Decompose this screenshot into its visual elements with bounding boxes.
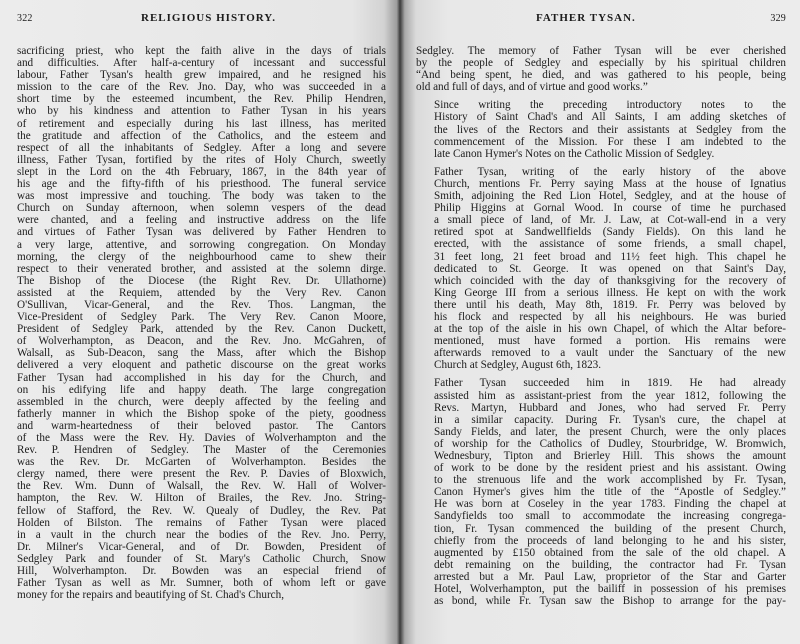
- left-page-header: 322 RELIGIOUS HISTORY.: [17, 12, 386, 32]
- text-line: and difficulties. After half-a-century o…: [17, 57, 386, 69]
- text-line: of Wolverhampton, as Deacon, and the Rev…: [17, 335, 386, 347]
- right-page: FATHER TYSAN. 329 Sedgley. The memory of…: [400, 0, 800, 644]
- text-line: mission to the care of the Rev. Jno. Day…: [17, 81, 386, 93]
- text-line: was most impressive and touching. The bo…: [17, 190, 386, 202]
- text-line: of worship for the Catholics of Dudley, …: [416, 438, 786, 450]
- text-line: a very large, attentive, and sorrowing c…: [17, 239, 386, 251]
- text-line: slept in the Lord on the 4th February, 1…: [17, 166, 386, 178]
- text-line: clergy named, there were present the Rev…: [17, 468, 386, 480]
- text-line: “And being spent, he died, and was gathe…: [416, 69, 786, 81]
- text-line: Hotel, Wolverhampton, put the bailiff in…: [416, 583, 786, 595]
- text-line: respect to their venerated brother, and …: [17, 263, 386, 275]
- text-line: assisted him as assistant-priest from th…: [416, 390, 786, 402]
- text-line: short time by the esteemed incumbent, th…: [17, 93, 386, 105]
- text-line: O'Sullivan, Vicar-General, and the Rev. …: [17, 299, 386, 311]
- text-line: delivered a very eloquent and pathetic d…: [17, 359, 386, 371]
- text-line: respect of all the inhabitants of Sedgle…: [17, 142, 386, 154]
- text-line: Rev. P. Hendren of Sedgley. The Master o…: [17, 444, 386, 456]
- text-line: He was born at Coseley in the year 1783.…: [416, 498, 786, 510]
- text-line: the Rev. Wm. Dunn of Walsall, the Rev. W…: [17, 480, 386, 492]
- text-line: King George III from a serious illness. …: [416, 287, 786, 299]
- text-line: Smith, adjoining the Red Lion Hotel, Sed…: [416, 190, 786, 202]
- text-line: in a similar capacity. During Fr. Tysan'…: [416, 414, 786, 426]
- text-line: assisted at the Requiem, attended by the…: [17, 287, 386, 299]
- text-line: in a vault in the church near the bodies…: [17, 529, 386, 541]
- text-line: Wednesbury, Tipton and Brierley Hill. Th…: [416, 450, 786, 462]
- running-head: RELIGIOUS HISTORY.: [141, 12, 276, 24]
- text-line: Sandyfields too small to accommodate the…: [416, 510, 786, 522]
- text-line: Vice-President of Sedgley Park. The Very…: [17, 311, 386, 323]
- text-line: Sedgley Park and founder of St. Mary's C…: [17, 553, 386, 565]
- text-line: commencement of the Mission. For these I…: [416, 136, 786, 148]
- text-line: illness, Father Tysan, fortified by the …: [17, 154, 386, 166]
- text-line: the gratitude and affection of the Catho…: [17, 130, 386, 142]
- text-line: at the top of the aisle in his own Chape…: [416, 323, 786, 335]
- text-line: to the strenuous life and the work accom…: [416, 474, 786, 486]
- text-line: old and full of days, and of virtue and …: [416, 81, 786, 93]
- paragraph: Since writing the preceding introductory…: [416, 99, 786, 159]
- text-line: Hill, Wolverhampton. Dr. Bowden was an e…: [17, 565, 386, 577]
- right-page-body: Sedgley. The memory of Father Tysan will…: [416, 45, 786, 607]
- text-line: The Bishop of the Diocese (the Right Rev…: [17, 275, 386, 287]
- text-line: debt remaining on the building, the cont…: [416, 559, 786, 571]
- text-line: his flock and respected by all his neigh…: [416, 311, 786, 323]
- text-line: there until his death, May 8th, 1819. Fr…: [416, 299, 786, 311]
- text-line: the lives of the Rectors and their assis…: [416, 124, 786, 136]
- text-line: History of Saint Chad's and All Saints, …: [416, 111, 786, 123]
- text-line: Walsall, as Sub-Deacon, sang the Mass, a…: [17, 347, 386, 359]
- paragraph: Father Tysan succeeded him in 1819. He h…: [416, 377, 786, 607]
- left-page: 322 RELIGIOUS HISTORY. sacrificing pries…: [0, 0, 400, 644]
- text-line: were chanted, and a feeling and instruct…: [17, 214, 386, 226]
- text-line: fatherly manner in which the Bishop spok…: [17, 408, 386, 420]
- paragraph: sacrificing priest, who kept the faith a…: [17, 45, 386, 601]
- text-line: Revs. Martyn, Hubbard and Jones, who had…: [416, 402, 786, 414]
- text-line: tion, Fr. Tysan commenced the building o…: [416, 523, 786, 535]
- text-line: retired spot at Sandwellfields (Sandy Fi…: [416, 226, 786, 238]
- text-line: and virtues of Father Tysan was delivere…: [17, 226, 386, 238]
- text-line: mentioned, must have formed a portion. H…: [416, 335, 786, 347]
- text-line: which coincided with the day of thanksgi…: [416, 275, 786, 287]
- text-line: of the Mass were the Rev. Hy. Davies of …: [17, 432, 386, 444]
- right-page-header: FATHER TYSAN. 329: [416, 12, 786, 32]
- text-line: of work to be done by the resident pries…: [416, 462, 786, 474]
- text-line: chiefly from the proceeds of land belong…: [416, 535, 786, 547]
- text-line: was the Rev. Dr. McGarten of Wolverhampt…: [17, 456, 386, 468]
- text-line: assembled in the church, were deeply aff…: [17, 396, 386, 408]
- left-page-body: sacrificing priest, who kept the faith a…: [17, 45, 386, 601]
- page-number: 322: [17, 13, 33, 24]
- text-line: late Canon Hymer's Notes on the Catholic…: [416, 148, 786, 160]
- text-line: Church, mentions Fr. Perry saying Mass a…: [416, 178, 786, 190]
- text-line: as bond, while Fr. Tysan saw the Bishop …: [416, 595, 786, 607]
- text-line: afterwards removed to a vault under the …: [416, 347, 786, 359]
- text-line: of retirement and especially during his …: [17, 118, 386, 130]
- text-line: fellow of Stafford, the Rev. W. Quealy o…: [17, 505, 386, 517]
- text-line: augmented by £150 obtained from the sale…: [416, 547, 786, 559]
- text-line: President of Sedgley Park, attended by t…: [17, 323, 386, 335]
- text-line: erected, with the assistance of some fri…: [416, 238, 786, 250]
- text-line: Since writing the preceding introductory…: [416, 99, 786, 111]
- text-line: Sandy Fields, and later, the present Chu…: [416, 426, 786, 438]
- text-line: morning, the clergy of the neighbourhood…: [17, 251, 386, 263]
- text-line: Father Tysan, writing of the early histo…: [416, 166, 786, 178]
- text-line: 31 feet long, 21 feet broad and 11½ feet…: [416, 251, 786, 263]
- text-line: Canon Hymer's gives him the title of the…: [416, 486, 786, 498]
- text-line: hampton, the Rev. W. Hilton of Brailes, …: [17, 492, 386, 504]
- text-line: Father Tysan as well as Mr. Sumner, both…: [17, 577, 386, 589]
- text-line: his age and the fifty-fifth of his pries…: [17, 178, 386, 190]
- text-line: Dr. Milner's Vicar-General, and of Dr. B…: [17, 541, 386, 553]
- text-line: money for the repairs and beautifying of…: [17, 589, 386, 601]
- text-line: who by his kindness and attention to Fat…: [17, 105, 386, 117]
- paragraph: Sedgley. The memory of Father Tysan will…: [416, 45, 786, 93]
- text-line: sacrificing priest, who kept the faith a…: [17, 45, 386, 57]
- book-spread: 322 RELIGIOUS HISTORY. sacrificing pries…: [0, 0, 800, 644]
- text-line: Church on Sunday afternoon, when solemn …: [17, 202, 386, 214]
- text-line: arrested but a Mr. Paul Law, proprietor …: [416, 571, 786, 583]
- text-line: Holden of Bilston. The remains of Father…: [17, 517, 386, 529]
- text-line: a small piece of land, of Mr. J. Law, at…: [416, 214, 786, 226]
- running-head: FATHER TYSAN.: [536, 12, 636, 24]
- text-line: on his edifying life and happy death. Th…: [17, 384, 386, 396]
- page-number: 329: [770, 13, 786, 24]
- text-line: dedicated to St. George. It was opened o…: [416, 263, 786, 275]
- text-line: Father Tysan had accomplished in his day…: [17, 372, 386, 384]
- paragraph: Father Tysan, writing of the early histo…: [416, 166, 786, 372]
- text-line: labour, Father Tysan's health grew impai…: [17, 69, 386, 81]
- text-line: Philip Higgins at Gornal Wood. In course…: [416, 202, 786, 214]
- text-line: by the people of Sedgley and especially …: [416, 57, 786, 69]
- text-line: Father Tysan succeeded him in 1819. He h…: [416, 377, 786, 389]
- text-line: Sedgley. The memory of Father Tysan will…: [416, 45, 786, 57]
- text-line: and warm-heartedness of their beloved pa…: [17, 420, 386, 432]
- text-line: Church at Sedgley, August 6th, 1823.: [416, 359, 786, 371]
